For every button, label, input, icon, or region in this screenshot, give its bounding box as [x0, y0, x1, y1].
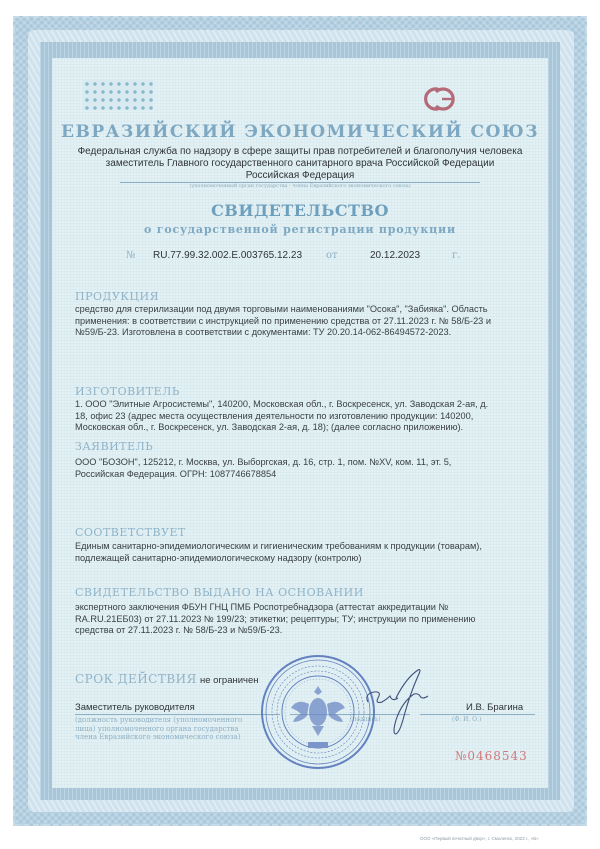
text-line: подлежащей санитарно-эпидемиологическому… — [75, 553, 535, 565]
section-heading-product: ПРОДУКЦИЯ — [75, 290, 159, 303]
signatory-position: Заместитель руководителя — [75, 702, 195, 713]
eac-conformity-mark-icon — [418, 84, 468, 114]
text-line: RA.RU.21ЕБ03) от 27.11.2023 № 199/23; эт… — [75, 614, 535, 626]
text-line: ООО "БОЗОН", 125212, г. Москва, ул. Выбо… — [75, 457, 535, 469]
registration-date: 20.12.2023 — [370, 250, 420, 261]
section-body-conformity: Единым санитарно-эпидемиологическим и ги… — [75, 541, 535, 564]
registration-number: RU.77.99.32.002.E.003765.12.23 — [153, 250, 302, 261]
text-line: 1. ООО "Элитные Агросистемы", 140200, Мо… — [75, 399, 535, 411]
section-heading-applicant: ЗАЯВИТЕЛЬ — [75, 440, 153, 453]
section-heading-basis: СВИДЕТЕЛЬСТВО ВЫДАНО НА ОСНОВАНИИ — [75, 586, 364, 599]
divider — [75, 714, 280, 715]
agency-caption: (уполномоченный орган государства - член… — [0, 183, 600, 189]
certificate-title: СВИДЕТЕЛЬСТВО — [0, 201, 600, 220]
issuing-agency: Федеральная служба по надзору в сфере за… — [60, 146, 540, 182]
text-line: 18, офис 23 (адрес места осуществления д… — [75, 411, 535, 423]
text-line: №59/Б-23. Изготовлена в соответствии с д… — [75, 327, 535, 339]
validity-heading: СРОК ДЕЙСТВИЯ — [75, 672, 197, 686]
section-body-applicant: ООО "БОЗОН", 125212, г. Москва, ул. Выбо… — [75, 457, 535, 480]
year-suffix: г. — [452, 250, 460, 261]
text-line: средство для стерилизации под двумя торг… — [75, 304, 535, 316]
certificate-subtitle: о государственной регистрации продукции — [0, 223, 600, 236]
agency-line: Федеральная служба по надзору в сфере за… — [60, 146, 540, 158]
name-caption: (Ф. И. О.) — [452, 716, 481, 723]
text-line: применения: в соответствии с инструкцией… — [75, 316, 535, 328]
union-title: ЕВРАЗИЙСКИЙ ЭКОНОМИЧЕСКИЙ СОЮЗ — [0, 122, 600, 142]
text-line: экспертного заключения ФБУН ГНЦ ПМБ Росп… — [75, 602, 535, 614]
agency-line: заместитель Главного государственного са… — [60, 158, 540, 170]
hologram-security-pattern — [83, 80, 153, 110]
section-body-manufacturer: 1. ООО "Элитные Агросистемы", 140200, Мо… — [75, 399, 535, 434]
date-label: от — [326, 250, 338, 261]
handwritten-signature-icon — [362, 668, 442, 748]
section-heading-manufacturer: ИЗГОТОВИТЕЛЬ — [75, 385, 180, 398]
official-seal-icon — [258, 652, 378, 772]
printer-note: ООО «Первый печатный двор», г. Смоленск,… — [420, 836, 539, 841]
signatory-name: И.В. Брагина — [466, 702, 523, 713]
text-line: Московская обл., г. Воскресенск, ул. Зав… — [75, 422, 535, 434]
text-line: Российская Федерация. ОГРН: 108774667885… — [75, 469, 535, 481]
section-body-product: средство для стерилизации под двумя торг… — [75, 304, 535, 339]
number-label: № — [126, 250, 135, 261]
text-line: средства от 27.11.2023 г. № 58/Б-23 и №5… — [75, 625, 535, 637]
section-heading-conformity: СООТВЕТСТВУЕТ — [75, 526, 186, 539]
serial-number: №0468543 — [455, 749, 528, 763]
validity-value: не ограничен — [200, 675, 259, 686]
agency-line: Российская Федерация — [60, 170, 540, 182]
section-body-basis: экспертного заключения ФБУН ГНЦ ПМБ Росп… — [75, 602, 535, 637]
text-line: Единым санитарно-эпидемиологическим и ги… — [75, 541, 535, 553]
